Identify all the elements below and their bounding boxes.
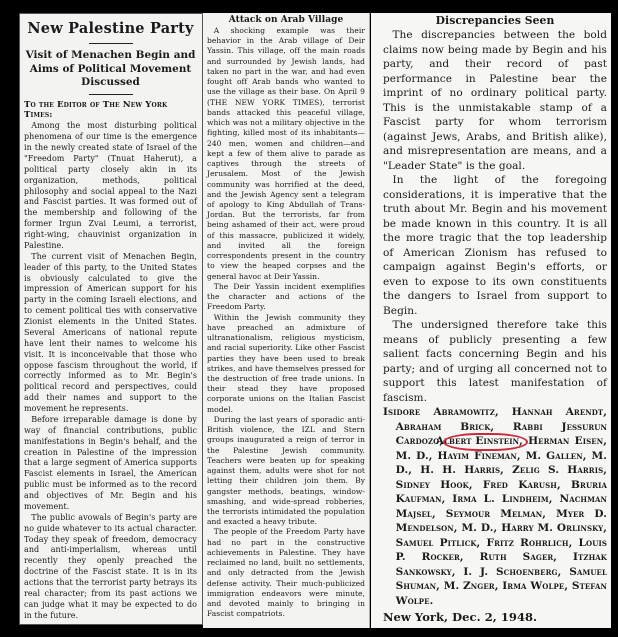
- signers-after: Herman Eisen, M. D., Hayim Fineman, M. G…: [396, 435, 607, 607]
- subheading: Attack on Arab Village: [207, 14, 365, 26]
- salutation: To the Editor of The New York Times:: [24, 100, 197, 122]
- paragraph: During the last years of sporadic anti-B…: [207, 415, 365, 528]
- letter-column-2: Attack on Arab Village A shocking exampl…: [203, 13, 370, 628]
- divider: [89, 43, 133, 44]
- deck-subtitle: Visit of Menachen Begin and Aims of Poli…: [24, 49, 197, 90]
- dateline: New York, Dec. 2, 1948.: [383, 610, 607, 625]
- paragraph: The people of the Freedom Party have had…: [207, 527, 365, 619]
- highlighted-signer-einstein: Albert Einstein,: [448, 434, 523, 449]
- paragraph: A shocking example was their behavior in…: [207, 26, 365, 282]
- paragraph: The current visit of Menachen Begin, lea…: [24, 252, 197, 415]
- divider: [89, 94, 133, 95]
- headline: New Palestine Party: [24, 19, 197, 39]
- paragraph: In the light of the foregoing considerat…: [383, 173, 607, 318]
- paragraph: The public avowals of Begin's party are …: [24, 513, 197, 622]
- letter-column-3: Discrepancies Seen The discrepancies bet…: [371, 13, 611, 628]
- paragraph: Within the Jewish community they have pr…: [207, 313, 365, 415]
- paragraph: The Deir Yassin incident exemplifies the…: [207, 282, 365, 313]
- subheading: Discrepancies Seen: [383, 14, 607, 28]
- paragraph: The discrepancies between the bold claim…: [383, 28, 607, 173]
- paragraph: Among the most disturbing political phen…: [24, 121, 197, 252]
- paragraph: Before irreparable damage is done by way…: [24, 415, 197, 513]
- letter-column-1: New Palestine Party Visit of Menachen Be…: [19, 13, 203, 625]
- signatories-list: Isidore Abramowitz, Hannah Arendt, Abrah…: [383, 405, 607, 608]
- paragraph: The undersigned therefore take this mean…: [383, 318, 607, 405]
